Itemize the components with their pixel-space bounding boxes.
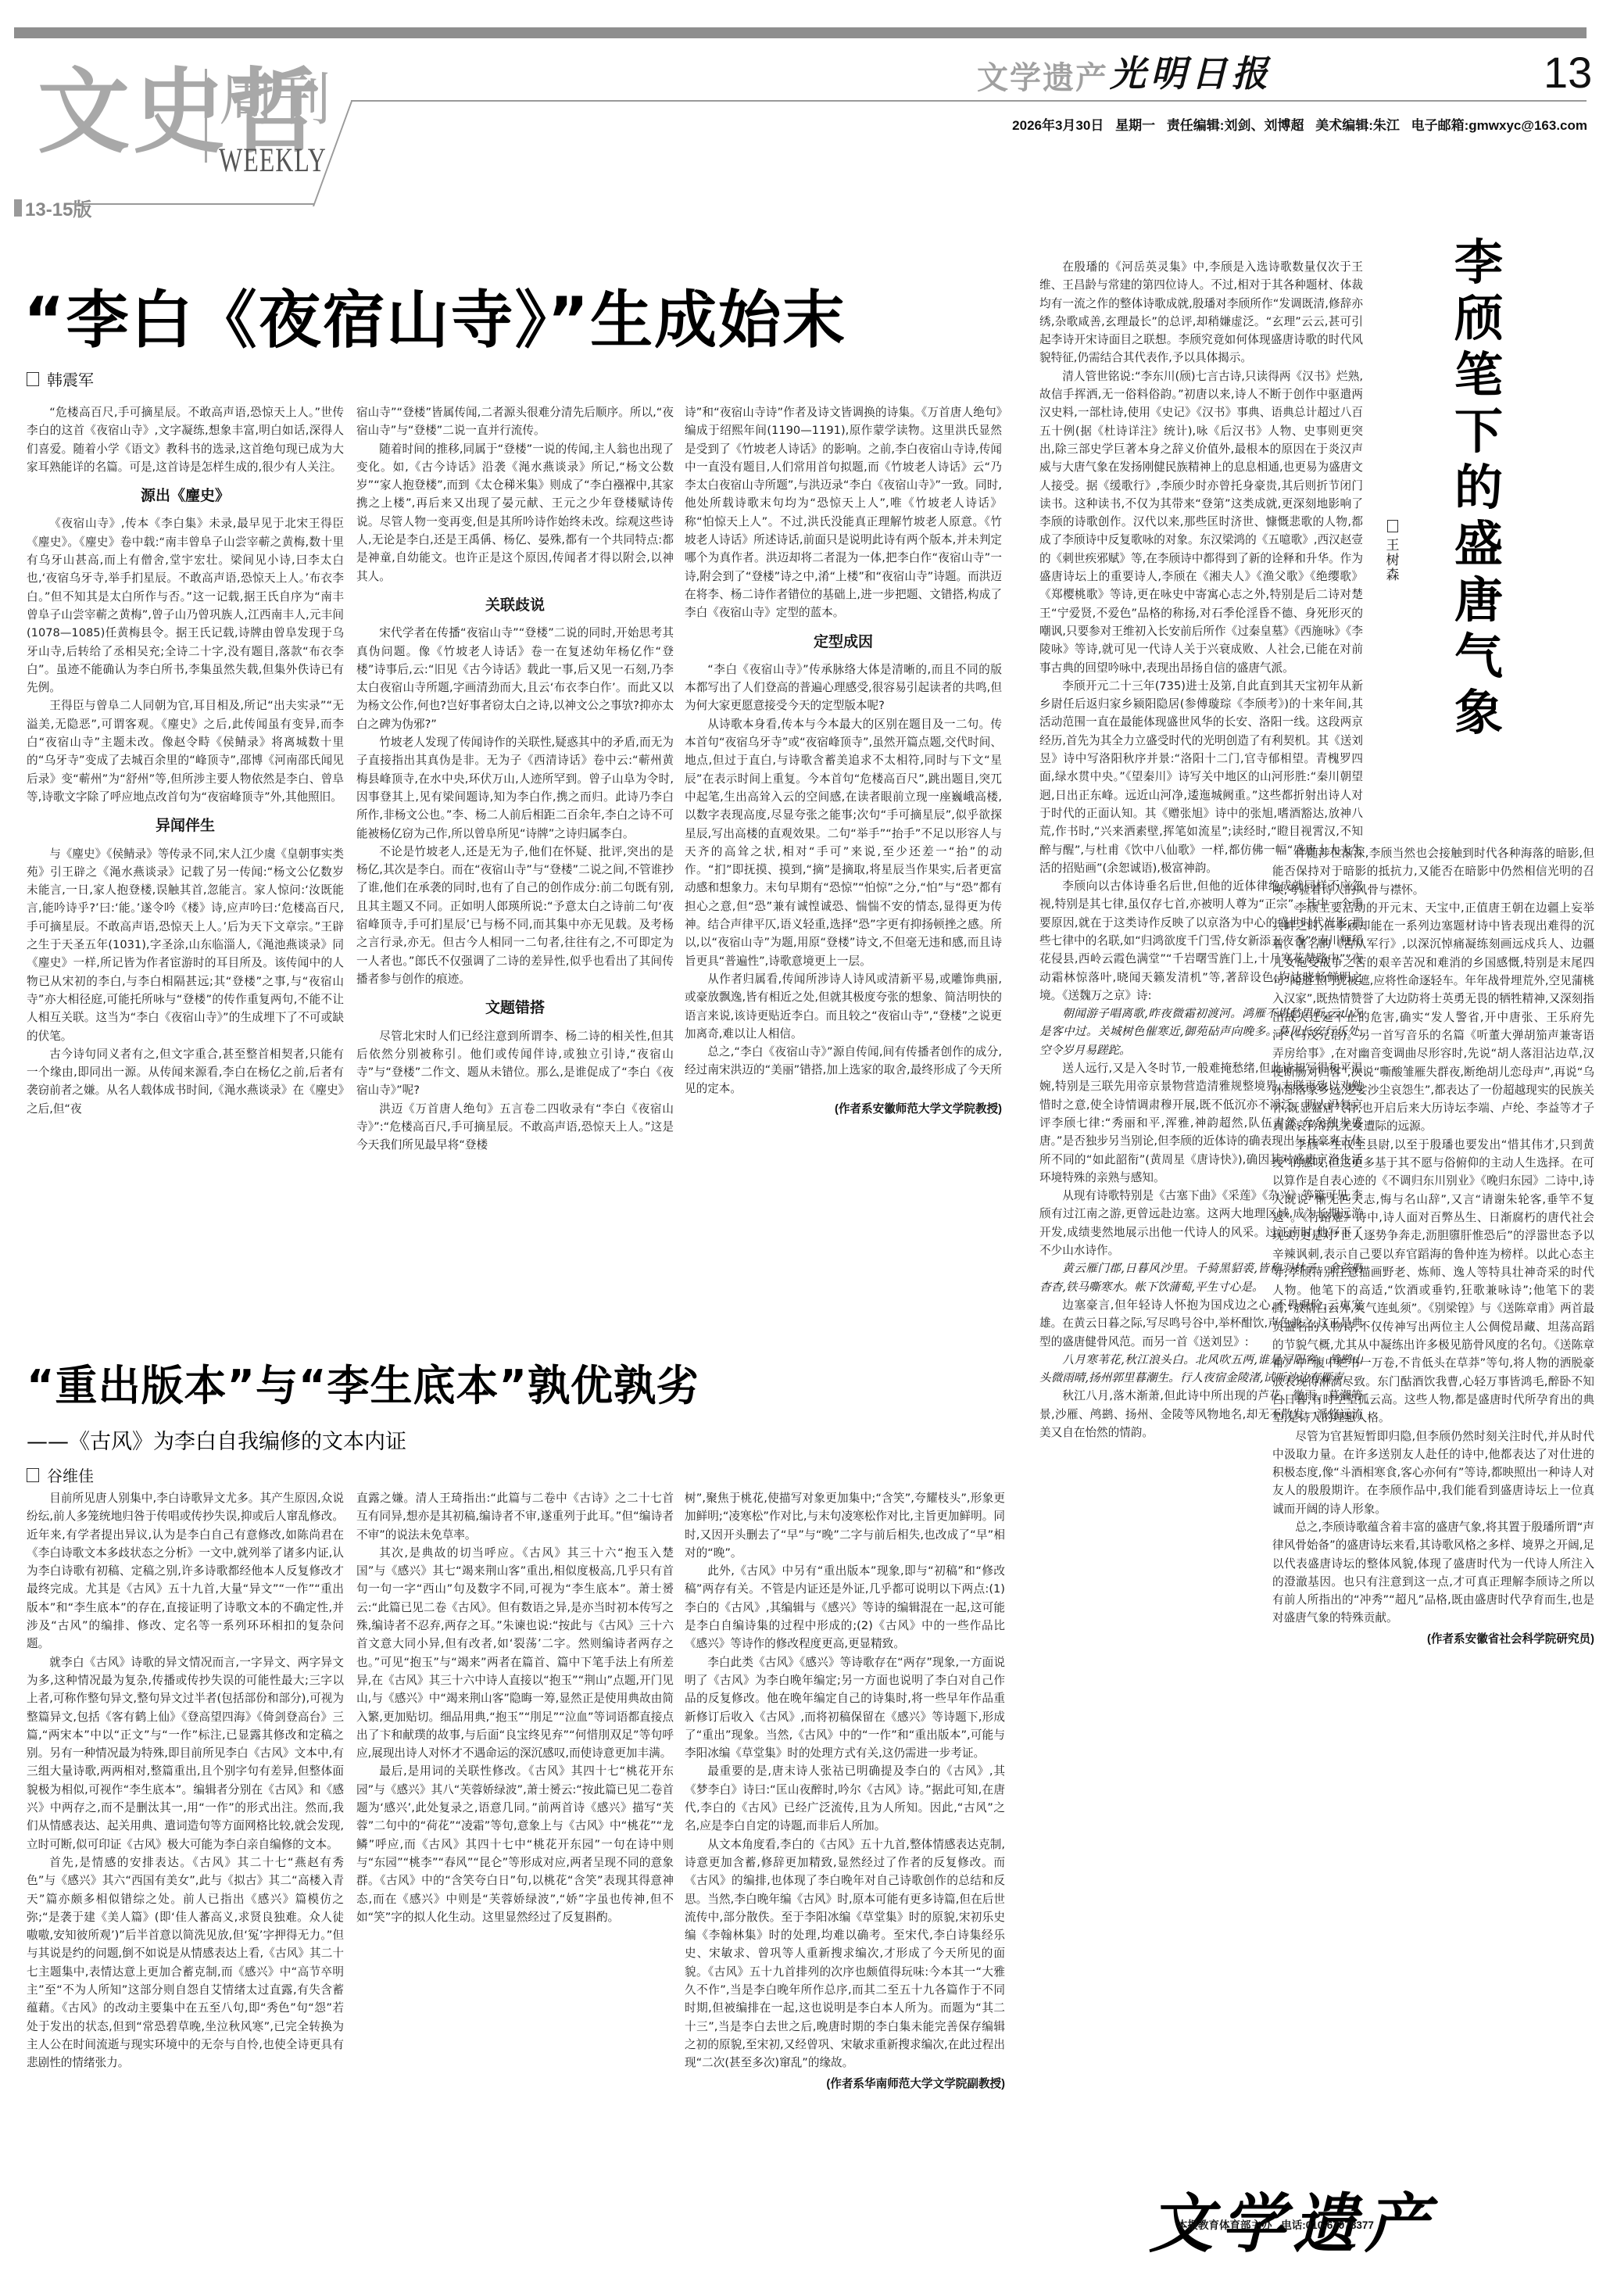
article2-column-1: 目前所见唐人别集中,李白诗歌异文尤多。其产生原因,众说纷纭,前人多笼统地归咎于传… — [27, 1489, 344, 2279]
paragraph: 就李白《古风》诗歌的异文情况而言,一字异文、两字异文为多,这种情况最为复杂,传播… — [27, 1653, 344, 1854]
byline-box-icon — [27, 1468, 39, 1482]
author-char: 森 — [1383, 568, 1402, 583]
contact-email[interactable]: 电子邮箱:gmwxyc@163.com — [1411, 118, 1587, 133]
paragraph: 从文本角度看,李白的《古风》五十九首,整体情感表达克制,诗意更加含蓄,修辞更加精… — [685, 1836, 1005, 2072]
paragraph: 王得臣与曾阜二人同朝为官,耳目相及,所记“出夫实录”“无溢美,无隐恶”,可谓客观… — [27, 697, 344, 806]
section-heading: 关联歧说 — [356, 596, 674, 614]
title-char: 的 — [1451, 460, 1506, 516]
article2-title: “重出版本”与“李生底本”孰优孰劣 — [27, 1352, 699, 1413]
paragraph: 与《麈史》《侯鲭录》等传录不同,宋人江少虞《皇朝事实类苑》引王辟之《渑水燕谈录》… — [27, 845, 344, 1045]
author-credit: (作者系安徽师范大学文学院教授) — [685, 1101, 1002, 1119]
footer-phone: 电话:010-67078377 — [1281, 2219, 1374, 2231]
paragraph: 古今诗句同义者有之,但文字重合,甚至整首相契者,只能有一个缘由,即同出一源。从传… — [27, 1045, 344, 1118]
paragraph: 诗”和“夜宿山寺诗”作者及诗文皆调换的诗集。《万首唐人绝句》编成于绍熙年间(11… — [685, 403, 1002, 622]
paragraph: 首先,是情感的安排表达。《古风》其二十七“燕赵有秀色”与《感兴》其六“西国有美女… — [27, 1854, 344, 2072]
paragraph: 在殷璠的《河岳英灵集》中,李颀是入选诗歌数量仅次于王维、王昌龄与常建的第四位诗人… — [1039, 258, 1363, 367]
edition-tag: 13-15版 — [14, 194, 91, 221]
title-char: 下 — [1451, 403, 1506, 460]
section-name: 文学遗产 — [977, 53, 1108, 98]
article1-column-2: 宿山寺”“登楼”皆属传闻,二者源头很难分清先后顺序。所以,“夜宿山寺”与“登楼”… — [356, 403, 674, 1259]
masthead-rule — [351, 100, 1587, 102]
author-credit: (作者系华南师范大学文学院副教授) — [685, 2076, 1005, 2094]
title-char: 象 — [1451, 685, 1506, 741]
title-char: 气 — [1451, 629, 1506, 685]
issue-info: 2026年3月30日 星期一 责任编辑:刘剑、刘博超 美术编辑:朱江 电子邮箱:… — [1012, 114, 1587, 134]
author-char: 树 — [1383, 553, 1402, 568]
page-number: 13 — [1544, 47, 1592, 98]
author-credit: (作者系安徽省社会科学院研究员) — [1272, 1631, 1594, 1649]
paragraph: 直露之嫌。清人王琦指出:“此篇与二卷中《古诗》之二十七首互有同异,想亦是其初稿,… — [356, 1489, 674, 1544]
article1-title: “李白《夜宿山寺》”生成始末 — [23, 270, 846, 360]
paragraph: 从作者归属看,传闻所涉诗人诗风或清新平易,或雕饰典丽,或豪放飘逸,皆有相近之处,… — [685, 970, 1002, 1043]
paragraph: 尽管北宋时人们已经注意到所谓李、杨二诗的相关性,但其后依然分别被称引。他们或传闻… — [356, 1027, 674, 1100]
issue-weekday: 星期一 — [1115, 118, 1155, 133]
article1-byline: 韩震军 — [27, 367, 94, 390]
paragraph: 总之,“李白《夜宿山寺》”源自传闻,间有传播者创作的成分,经过南宋洪迈的“美丽”… — [685, 1043, 1002, 1098]
paragraph: 李颀一生仅至县尉,以至于殷璠也要发出“惜其伟才,只到黄绶”的感叹,但这更多基于其… — [1272, 1136, 1594, 1427]
brand-divider — [205, 69, 207, 163]
title-char: 笔 — [1451, 347, 1506, 403]
paragraph: 目前所见唐人别集中,李白诗歌异文尤多。其产生原因,众说纷纭,前人多笼统地归咎于传… — [27, 1489, 344, 1653]
section-heading: 文题错搭 — [356, 999, 674, 1017]
article1-author: 韩震军 — [47, 367, 94, 390]
paragraph: 总之,李颀诗歌蕴含着丰富的盛唐气象,将其置于殷璠所谓“声律风骨始备”的盛唐诗坛来… — [1272, 1518, 1594, 1628]
paragraph: “李白《夜宿山寺》”传承脉络大体是清晰的,而且不同的版本都写出了人们登高的普遍心… — [685, 661, 1002, 715]
paragraph: 最后,是用词的关联性修改。《古风》其四十七“桃花开东园”与《感兴》其八“芙蓉娇绿… — [356, 1762, 674, 1926]
section-heading: 异闻伴生 — [27, 817, 344, 835]
byline-box-icon — [1387, 520, 1398, 532]
section-heading: 源出《麈史》 — [27, 487, 344, 505]
section-heading: 定型成因 — [685, 633, 1002, 651]
paragraph: 洪迈《万首唐人绝句》五言卷二四收录有“李白《夜宿山寺》”:“危楼高百尺,手可摘星… — [356, 1100, 674, 1155]
article2-subtitle: ——《古风》为李白自我编修的文本内证 — [27, 1424, 406, 1455]
article2-byline: 谷维佳 — [27, 1463, 94, 1486]
paragraph: 尽管为官甚短暂即归隐,但李颀仍然时刻关注时代,并从时代中汲取力量。在许多送别友人… — [1272, 1427, 1594, 1518]
article3-title: 李颀笔下的盛唐气象 — [1451, 235, 1506, 741]
title-char: 颀 — [1451, 291, 1506, 347]
paragraph: 李颀主要活动的开元末、天宝中,正值唐王朝在边疆上妄举兵衅之时,但李颀却能在一系列… — [1272, 899, 1594, 1136]
article2-column-2: 直露之嫌。清人王琦指出:“此篇与二卷中《古诗》之二十七首互有同异,想亦是其初稿,… — [356, 1489, 674, 2279]
paragraph: 宋代学者在传播“夜宿山寺”“登楼”二说的同时,开始思考其真伪问题。像《竹坡老人诗… — [356, 624, 674, 733]
paragraph: “危楼高百尺,手可摘星辰。不敢高声语,恐惊天上人。”世传李白的这首《夜宿山寺》,… — [27, 403, 344, 476]
title-char: 盛 — [1451, 516, 1506, 572]
edition-rule — [70, 203, 314, 205]
issue-date: 2026年3月30日 — [1012, 118, 1104, 133]
article1-column-3: 诗”和“夜宿山寺诗”作者及诗文皆调换的诗集。《万首唐人绝句》编成于绍熙年间(11… — [685, 403, 1002, 1259]
article3-column-2: 伴随涉世渐深,李颀当然也会接触到时代各种海落的暗影,但能否保持对于暗影的抵抗力,… — [1272, 844, 1594, 2126]
paragraph: 从诗歌本身看,传本与今本最大的区别在题目及一二句。传本首句“夜宿乌牙寺”或“夜宿… — [685, 715, 1002, 970]
author-char: 王 — [1383, 539, 1402, 553]
newspaper-name: 光明日报 — [1110, 45, 1272, 97]
paragraph: 最重要的是,唐末诗人张祜已明确提及李白的《古风》,其《梦李白》诗曰:“匡山夜醉时… — [685, 1762, 1005, 1835]
paragraph: 随着时间的推移,同属于“登楼”一说的传闻,主人翁也出现了变化。如,《古今诗话》沿… — [356, 440, 674, 586]
paragraph: 清人管世铭说:“李东川(颀)七言古诗,只读得两《汉书》烂熟,故信手挥洒,无一俗料… — [1039, 367, 1363, 677]
paragraph: 竹坡老人发现了传闻诗作的关联性,疑惑其中的矛盾,而无为子直接指出其真伪是非。无为… — [356, 733, 674, 843]
title-char: 唐 — [1451, 572, 1506, 629]
paragraph: 《夜宿山寺》,传本《李白集》未录,最早见于北宋王得臣《麈史》。《麈史》卷中载:“… — [27, 514, 344, 697]
paragraph: 伴随涉世渐深,李颀当然也会接触到时代各种海落的暗影,但能否保持对于暗影的抵抗力,… — [1272, 844, 1594, 899]
art-editor: 美术编辑:朱江 — [1315, 118, 1400, 133]
brand-weekly-en: WEEKLY — [219, 141, 327, 180]
paragraph: 其次,是典故的切当呼应。《古风》其三十六“抱玉入楚国”与《感兴》其七“竭来荆山客… — [356, 1544, 674, 1763]
paragraph: 树”,聚焦于桃花,使描写对象更加集中;“含笑”,夸耀枝头”,形象更加鲜明;“凌寒… — [685, 1489, 1005, 1562]
paragraph: 此外,《古风》中另有“重出版本”现象,即与“初稿”和“修改稿”两存有关。不管是内… — [685, 1562, 1005, 1653]
edition-square-icon — [14, 199, 22, 217]
edition-label: 13-15版 — [25, 194, 91, 221]
footer-info: 本报教育体育部主办 电话:010-67078377 — [1177, 2216, 1374, 2232]
article1-column-1: “危楼高百尺,手可摘星辰。不敢高声语,恐惊天上人。”世传李白的这首《夜宿山寺》,… — [27, 403, 344, 1259]
paragraph: 宿山寺”“登楼”皆属传闻,二者源头很难分清先后顺序。所以,“夜宿山寺”与“登楼”… — [356, 403, 674, 440]
brand-weekly-cn: 周刊 — [219, 72, 331, 128]
article2-author: 谷维佳 — [47, 1463, 94, 1486]
paragraph: 李白此类《古风》《感兴》等诗歌存在“两存”现象,一方面说明了《古风》为李白晚年编… — [685, 1653, 1005, 1763]
article3-byline: 王树森 — [1383, 520, 1402, 583]
article2-column-3: 树”,聚焦于桃花,使描写对象更加集中;“含笑”,夸耀枝头”,形象更加鲜明;“凌寒… — [685, 1489, 1005, 2279]
footer-sponsor: 本报教育体育部主办 — [1177, 2219, 1272, 2231]
byline-box-icon — [27, 372, 39, 386]
masthead-top-bar — [14, 27, 1587, 38]
title-char: 李 — [1451, 235, 1506, 291]
paragraph: 不论是竹坡老人,还是无为子,他们在怀疑、批评,突出的是杨亿,其次是李白。而在“夜… — [356, 843, 674, 988]
responsible-editors: 责任编辑:刘剑、刘博超 — [1167, 118, 1304, 133]
